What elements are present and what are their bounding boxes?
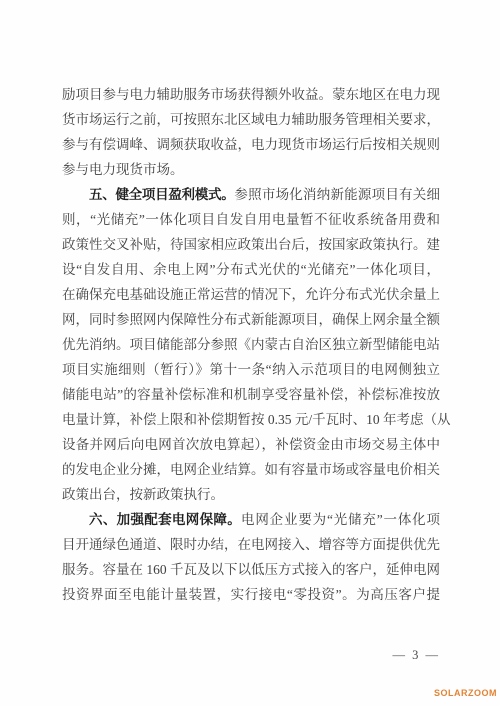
text-line: 货市场运行之前，可按照东北区域电力辅助服务管理相关要求， bbox=[62, 107, 440, 132]
text-line: 设“自发自用、余电上网”分布式光伏的“光储充”一体化项目， bbox=[62, 257, 440, 282]
text-line: 参与电力现货市场。 bbox=[62, 157, 440, 182]
text-line: 的发电企业分摊，电网企业结算。如有容量市场或容量电价相关 bbox=[62, 457, 440, 482]
text-line: 参与有偿调峰、调频获取收益，电力现货市场运行后按相关规则 bbox=[62, 132, 440, 157]
text-line: 则，“光储充”一体化项目自发自用电量暂不征收系统备用费和 bbox=[62, 207, 440, 232]
watermark: SOLARZOOM bbox=[434, 688, 497, 698]
page-number: — 3 — bbox=[393, 648, 441, 663]
body-text: 励项目参与电力辅助服务市场获得额外收益。蒙东地区在电力现 货市场运行之前，可按照… bbox=[62, 82, 440, 607]
text-line: 服务。容量在 160 千瓦及以下以低压方式接入的客户，延伸电网 bbox=[62, 557, 440, 582]
text-line: 目开通绿色通道、限时办结，在电网接入、增容等方面提供优先 bbox=[62, 532, 440, 557]
text-line: 政策性交叉补贴，待国家相应政策出台后，按国家政策执行。建 bbox=[62, 232, 440, 257]
text-line: 五、健全项目盈利模式。参照市场化消纳新能源项目有关细 bbox=[62, 182, 440, 207]
document-page: 励项目参与电力辅助服务市场获得额外收益。蒙东地区在电力现 货市场运行之前，可按照… bbox=[0, 0, 500, 706]
text-line: 投资界面至电能计量装置，实行接电“零投资”。为高压客户提 bbox=[62, 582, 440, 607]
text-line: 电量计算，补偿上限和补偿期暂按 0.35 元/千瓦时、10 年考虑（从 bbox=[62, 407, 440, 432]
text-line: 网，同时参照网内保障性分布式新能源项目，确保上网余量全额 bbox=[62, 307, 440, 332]
text-line: 在确保充电基础设施正常运营的情况下，允许分布式光伏余量上 bbox=[62, 282, 440, 307]
text-line: 六、加强配套电网保障。电网企业要为“光储充”一体化项 bbox=[62, 507, 440, 532]
section-6-heading: 六、加强配套电网保障。 bbox=[89, 512, 241, 527]
text-line: 优先消纳。项目储能部分参照《内蒙古自治区独立新型储能电站 bbox=[62, 332, 440, 357]
text-line: 设备并网后向电网首次放电算起），补偿资金由市场交易主体中 bbox=[62, 432, 440, 457]
section-5-heading: 五、健全项目盈利模式。 bbox=[89, 187, 234, 202]
text-line: 政策出台，按新政策执行。 bbox=[62, 482, 440, 507]
text-line: 项目实施细则（暂行）》第十一条“纳入示范项目的电网侧独立 bbox=[62, 357, 440, 382]
text-line: 储能电站”的容量补偿标准和机制享受容量补偿，补偿标准按放 bbox=[62, 382, 440, 407]
text-line: 励项目参与电力辅助服务市场获得额外收益。蒙东地区在电力现 bbox=[62, 82, 440, 107]
